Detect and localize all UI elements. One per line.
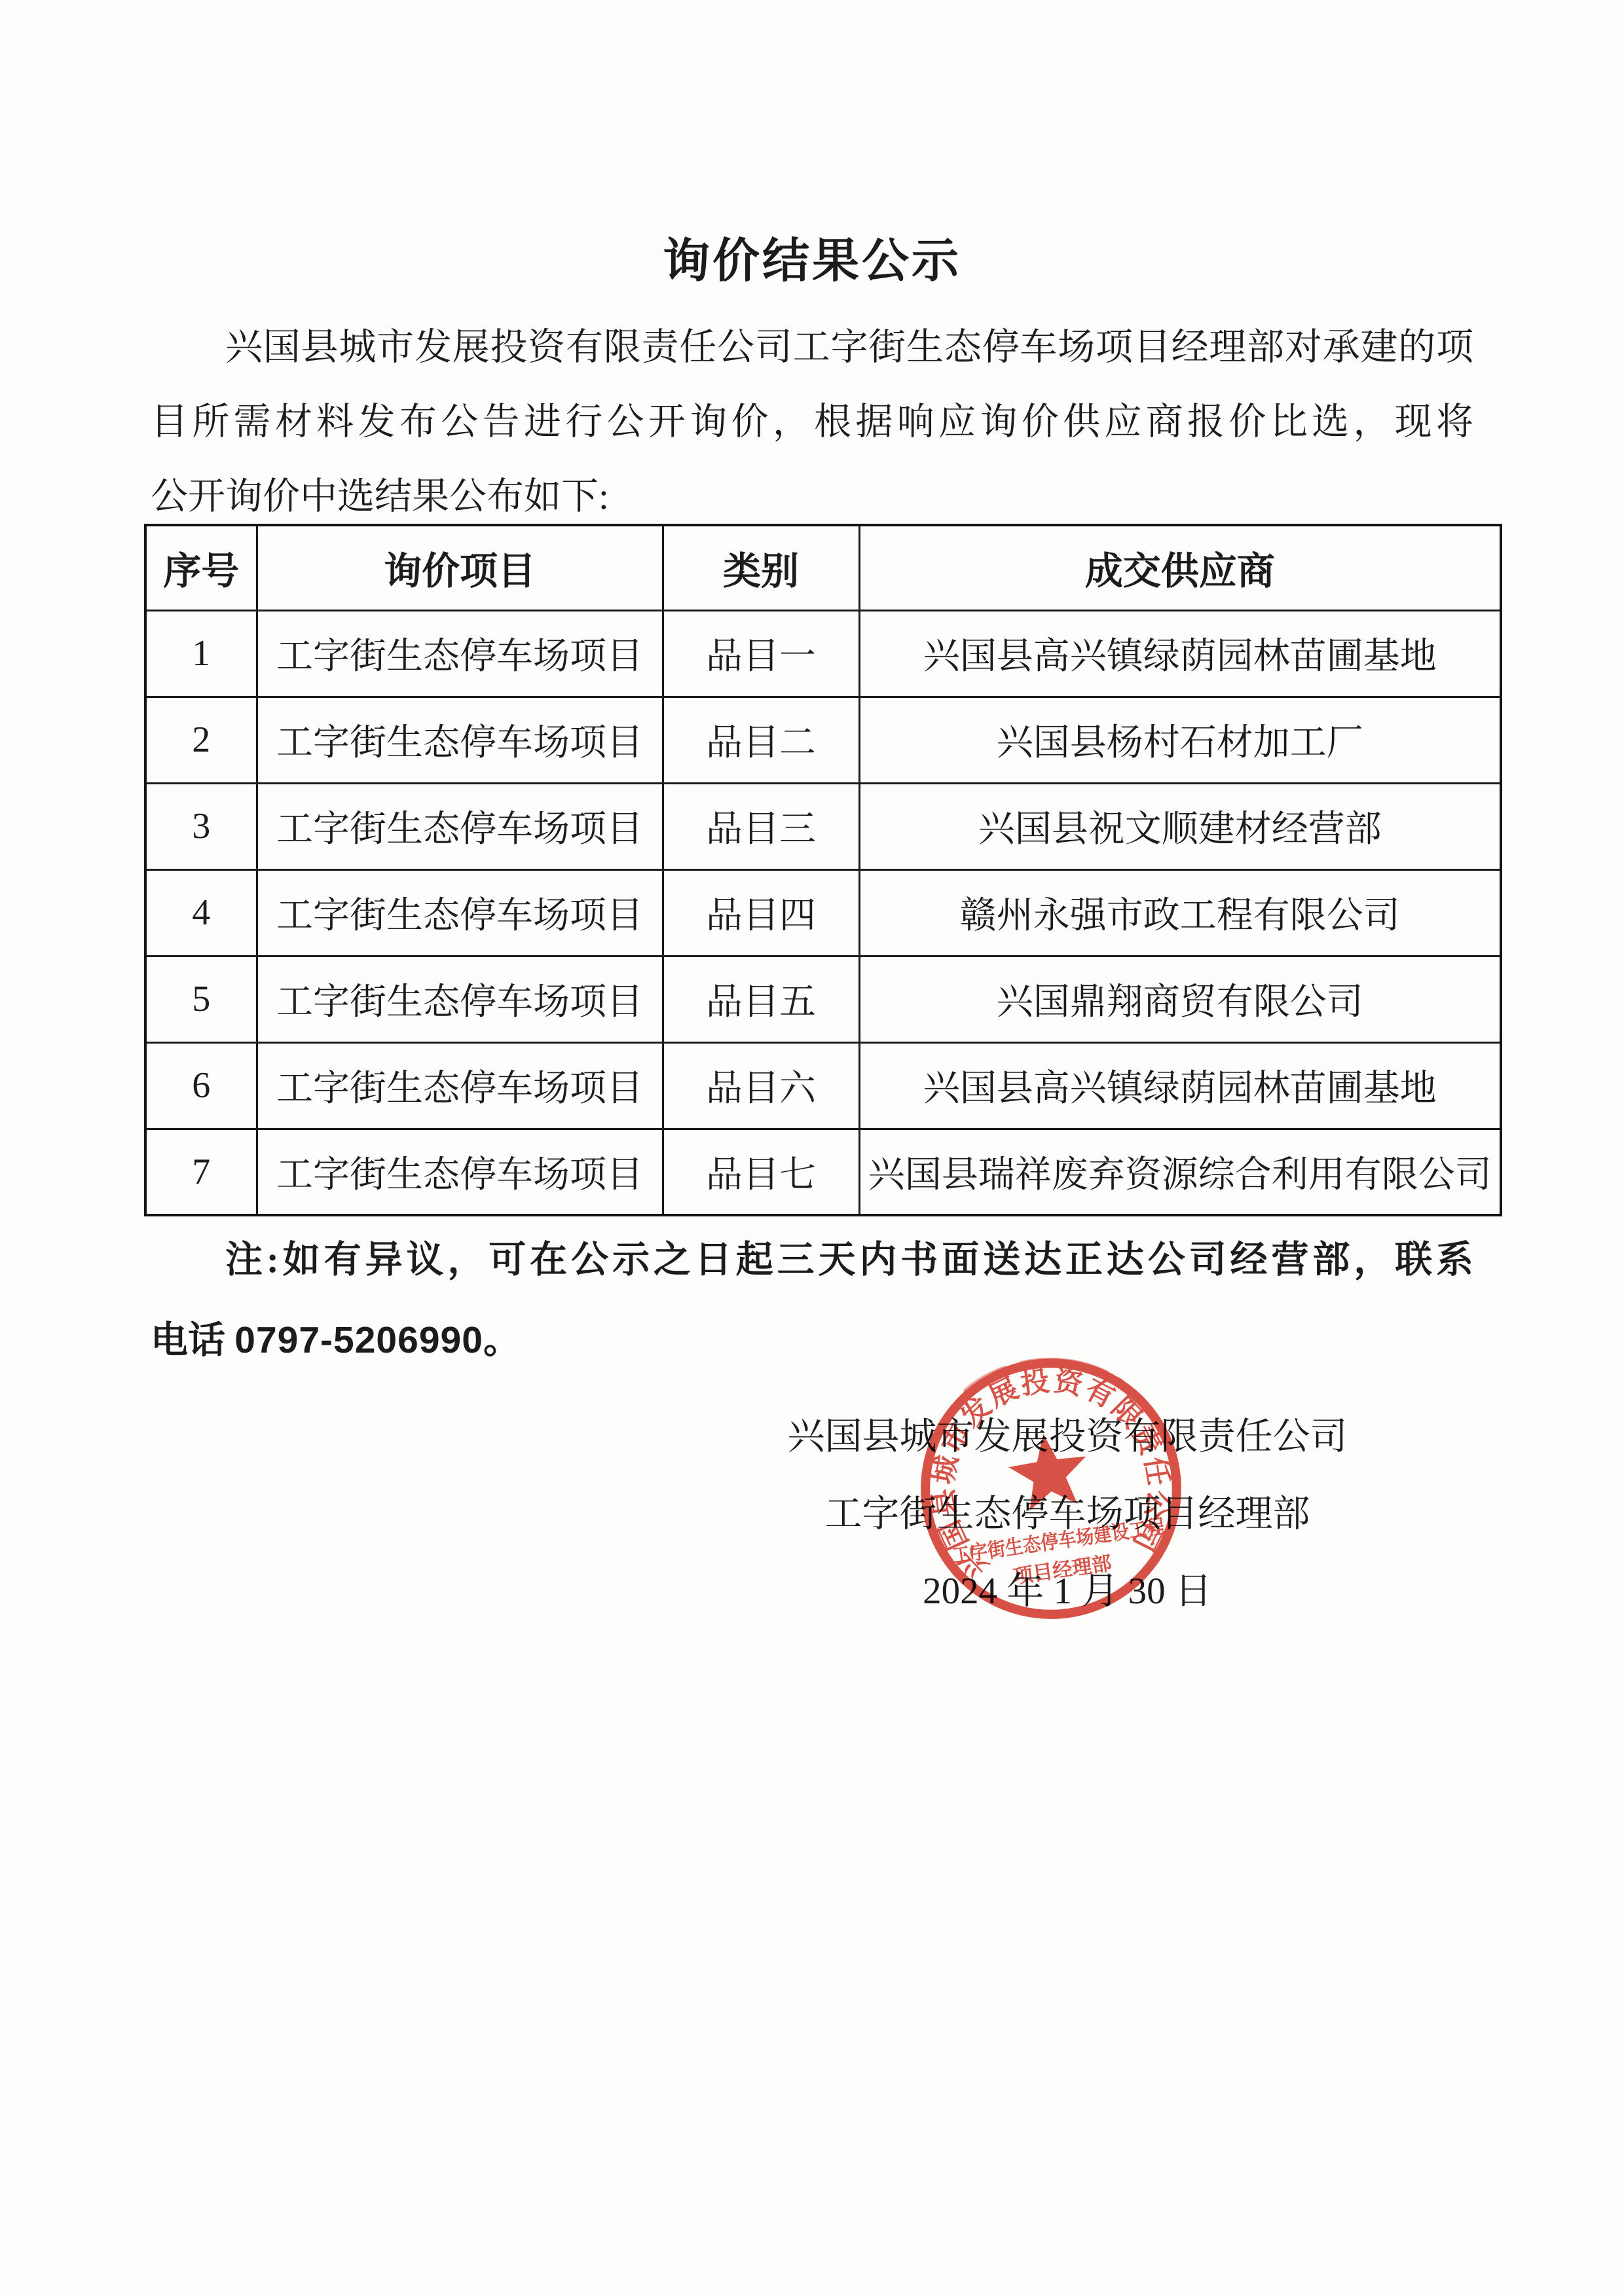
cell-project: 工字街生态停车场项目: [257, 783, 663, 869]
note-line-1: 注:如有异议，可在公示之日起三天内书面送达正达公司经营部，联系: [151, 1220, 1473, 1300]
cell-category: 品目四: [663, 869, 859, 956]
table-header-row: 序号 询价项目 类别 成交供应商: [145, 525, 1501, 610]
table-row: 3 工字街生态停车场项目 品目三 兴国县祝文顺建材经营部: [145, 783, 1501, 869]
cell-supplier: 赣州永强市政工程有限公司: [859, 869, 1501, 956]
cell-category: 品目二: [663, 697, 859, 783]
note-line-2-end: 。: [483, 1320, 521, 1361]
intro-line-2: 目所需材料发布公告进行公开询价，根据响应询价供应商报价比选，现将: [151, 385, 1473, 460]
cell-supplier: 兴国县祝文顺建材经营部: [859, 783, 1501, 869]
cell-supplier: 兴国县瑞祥废弃资源综合利用有限公司: [859, 1129, 1501, 1215]
cell-category: 品目一: [663, 610, 859, 697]
table-row: 4 工字街生态停车场项目 品目四 赣州永强市政工程有限公司: [145, 869, 1501, 956]
note-line-2: 电话 0797-5206990。: [151, 1300, 1473, 1381]
inquiry-results-table: 序号 询价项目 类别 成交供应商 1 工字街生态停车场项目 品目一 兴国县高兴镇…: [144, 524, 1502, 1216]
signature-date: 2024 年 1 月 30 日: [773, 1553, 1362, 1630]
note-paragraph: 注:如有异议，可在公示之日起三天内书面送达正达公司经营部，联系 电话 0797-…: [151, 1220, 1473, 1381]
table-row: 2 工字街生态停车场项目 品目二 兴国县杨村石材加工厂: [145, 697, 1501, 783]
cell-no: 7: [145, 1129, 257, 1215]
document-page: { "doc": { "title": "询价结果公示", "paragraph…: [0, 0, 1624, 2296]
cell-supplier: 兴国鼎翔商贸有限公司: [859, 956, 1501, 1042]
table-row: 7 工字街生态停车场项目 品目七 兴国县瑞祥废弃资源综合利用有限公司: [145, 1129, 1501, 1215]
signature-company: 兴国县城市发展投资有限责任公司: [773, 1398, 1362, 1476]
cell-no: 5: [145, 956, 257, 1042]
intro-line-3: 公开询价中选结果公布如下:: [151, 460, 1473, 534]
col-header-project: 询价项目: [257, 525, 663, 610]
table-row: 6 工字街生态停车场项目 品目六 兴国县高兴镇绿荫园林苗圃基地: [145, 1042, 1501, 1129]
page-title: 询价结果公示: [0, 223, 1624, 291]
cell-no: 6: [145, 1042, 257, 1129]
cell-supplier: 兴国县高兴镇绿荫园林苗圃基地: [859, 610, 1501, 697]
cell-category: 品目六: [663, 1042, 859, 1129]
cell-project: 工字街生态停车场项目: [257, 1042, 663, 1129]
cell-category: 品目三: [663, 783, 859, 869]
signature-department: 工字街生态停车场项目经理部: [773, 1476, 1362, 1553]
col-header-supplier: 成交供应商: [859, 525, 1501, 610]
table-row: 1 工字街生态停车场项目 品目一 兴国县高兴镇绿荫园林苗圃基地: [145, 610, 1501, 697]
phone-number: 0797-5206990: [234, 1319, 483, 1361]
cell-no: 1: [145, 610, 257, 697]
intro-paragraph: 兴国县城市发展投资有限责任公司工字街生态停车场项目经理部对承建的项 目所需材料发…: [151, 310, 1473, 534]
cell-no: 3: [145, 783, 257, 869]
cell-no: 2: [145, 697, 257, 783]
cell-project: 工字街生态停车场项目: [257, 610, 663, 697]
col-header-category: 类别: [663, 525, 859, 610]
cell-project: 工字街生态停车场项目: [257, 1129, 663, 1215]
cell-category: 品目七: [663, 1129, 859, 1215]
table-row: 5 工字街生态停车场项目 品目五 兴国鼎翔商贸有限公司: [145, 956, 1501, 1042]
cell-category: 品目五: [663, 956, 859, 1042]
cell-no: 4: [145, 869, 257, 956]
cell-supplier: 兴国县高兴镇绿荫园林苗圃基地: [859, 1042, 1501, 1129]
cell-supplier: 兴国县杨村石材加工厂: [859, 697, 1501, 783]
cell-project: 工字街生态停车场项目: [257, 869, 663, 956]
signature-block: 兴国县城市发展投资有限责任公司 工字街生态停车场项目经理部 2024 年 1 月…: [773, 1398, 1362, 1630]
cell-project: 工字街生态停车场项目: [257, 956, 663, 1042]
col-header-no: 序号: [145, 525, 257, 610]
intro-line-1: 兴国县城市发展投资有限责任公司工字街生态停车场项目经理部对承建的项: [151, 310, 1473, 385]
phone-label: 电话: [151, 1320, 234, 1361]
cell-project: 工字街生态停车场项目: [257, 697, 663, 783]
